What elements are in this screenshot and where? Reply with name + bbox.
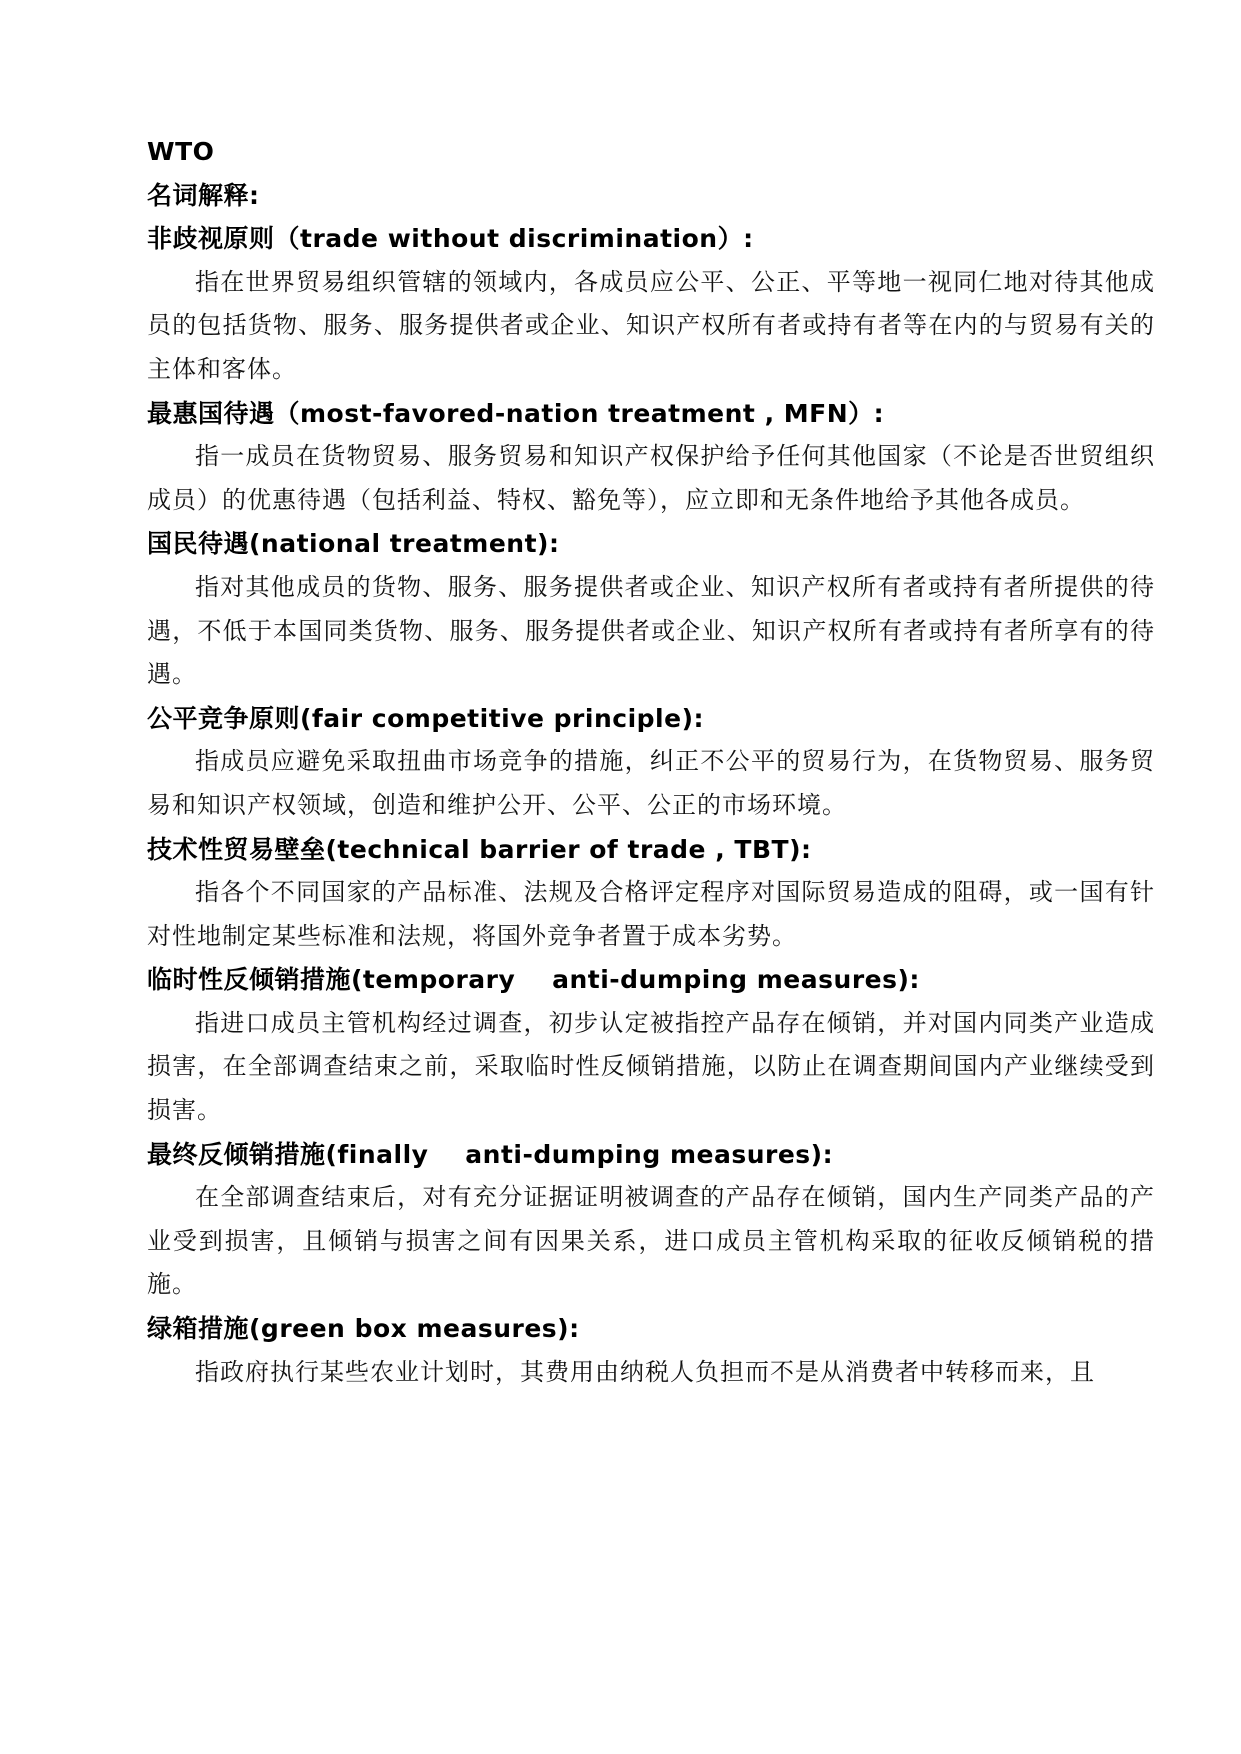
term-section-tbt: 技术性贸易壁垒(technical barrier of trade , TBT… — [147, 828, 1155, 959]
term-section-national-treatment: 国民待遇(national treatment): 指对其他成员的货物、服务、服… — [147, 522, 1155, 696]
term-section-temporary-anti-dumping: 临时性反倾销措施(temporary anti-dumping measures… — [147, 958, 1155, 1132]
term-heading: 技术性贸易壁垒(technical barrier of trade , TBT… — [147, 828, 1155, 872]
term-definition: 在全部调查结束后，对有充分证据证明被调查的产品存在倾销，国内生产同类产品的产业受… — [147, 1176, 1155, 1307]
term-heading: 公平竞争原则(fair competitive principle): — [147, 697, 1155, 741]
term-definition: 指政府执行某些农业计划时，其费用由纳税人负担而不是从消费者中转移而来，且 — [147, 1351, 1155, 1395]
term-section-fair-competition: 公平竞争原则(fair competitive principle): 指成员应… — [147, 697, 1155, 828]
term-section-mfn: 最惠国待遇（most-favored-nation treatment , MF… — [147, 392, 1155, 523]
term-definition: 指一成员在货物贸易、服务贸易和知识产权保护给予任何其他国家（不论是否世贸组织成员… — [147, 435, 1155, 522]
term-definition: 指进口成员主管机构经过调查，初步认定被指控产品存在倾销，并对国内同类产业造成损害… — [147, 1002, 1155, 1133]
doc-subtitle: 名词解释: — [147, 174, 1155, 218]
term-heading: 最惠国待遇（most-favored-nation treatment , MF… — [147, 392, 1155, 436]
term-heading: 临时性反倾销措施(temporary anti-dumping measures… — [147, 958, 1155, 1002]
term-definition: 指对其他成员的货物、服务、服务提供者或企业、知识产权所有者或持有者所提供的待遇，… — [147, 566, 1155, 697]
term-definition: 指成员应避免采取扭曲市场竞争的措施，纠正不公平的贸易行为，在货物贸易、服务贸易和… — [147, 740, 1155, 827]
doc-title: WTO — [147, 130, 1155, 174]
term-heading: 最终反倾销措施(finally anti-dumping measures): — [147, 1133, 1155, 1177]
term-heading: 绿箱措施(green box measures): — [147, 1307, 1155, 1351]
document-page: WTO 名词解释: 非歧视原则（trade without discrimina… — [0, 0, 1241, 1754]
term-definition: 指各个不同国家的产品标准、法规及合格评定程序对国际贸易造成的阻碍，或一国有针对性… — [147, 871, 1155, 958]
term-heading: 国民待遇(national treatment): — [147, 522, 1155, 566]
term-section-green-box: 绿箱措施(green box measures): 指政府执行某些农业计划时，其… — [147, 1307, 1155, 1394]
document-body: WTO 名词解释: 非歧视原则（trade without discrimina… — [0, 0, 1241, 1394]
term-heading: 非歧视原则（trade without discrimination）: — [147, 217, 1155, 261]
term-definition: 指在世界贸易组织管辖的领域内，各成员应公平、公正、平等地一视同仁地对待其他成员的… — [147, 261, 1155, 392]
term-section-non-discrimination: 非歧视原则（trade without discrimination）: 指在世… — [147, 217, 1155, 391]
term-section-final-anti-dumping: 最终反倾销措施(finally anti-dumping measures): … — [147, 1133, 1155, 1307]
